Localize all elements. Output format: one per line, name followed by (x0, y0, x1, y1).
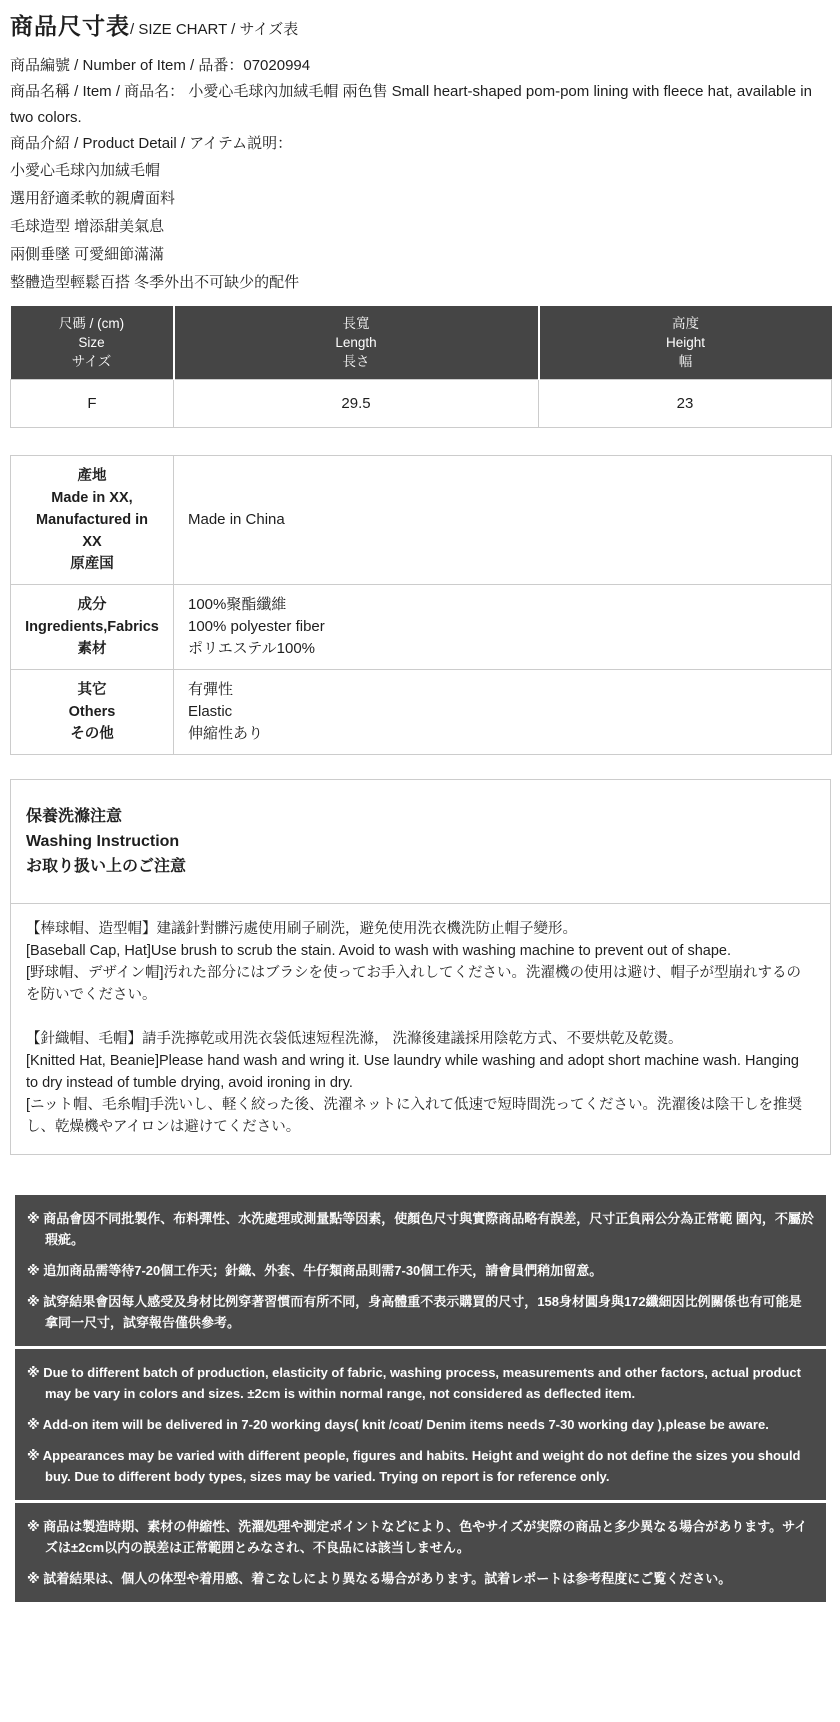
text-line: 100%聚酯纖維 (188, 594, 817, 616)
origin-label: 產地Made in XX,Manufactured inXX原産国 (11, 456, 174, 585)
item-number-line: 商品編號 / Number of Item / 品番：07020994 (10, 53, 831, 79)
others-label: 其它Othersその他 (11, 670, 174, 755)
product-detail-heading: 商品介紹 / Product Detail / アイテム説明： (10, 131, 831, 157)
text-line: 幅 (542, 352, 830, 371)
disclaimer-section: ※ 商品會因不同批製作、布料彈性、水洗處理或測量點等因素，使顏色尺寸與實際商品略… (10, 1195, 831, 1602)
text-line: [Baseball Cap, Hat]Use brush to scrub th… (26, 940, 815, 962)
item-name-line: 商品名稱 / Item / 商品名： 小愛心毛球內加絨毛帽 兩色售 Small … (10, 79, 831, 131)
page-title-suffix: / SIZE CHART / サイズ表 (130, 21, 298, 38)
text-line: その他 (15, 723, 169, 745)
text-line: 有彈性 (188, 679, 817, 701)
disclaimer-box-japanese: ※ 商品は製造時期、素材の伸縮性、洗濯処理や測定ポイントなどにより、色やサイズが… (15, 1503, 826, 1602)
text-line: 【針織帽、毛帽】請手洗擰乾或用洗衣袋低速短程洗滌， 洗滌後建議採用陰乾方式、不要… (26, 1028, 815, 1050)
text-line: Elastic (188, 701, 817, 723)
table-row: 尺碼 / (cm)Sizeサイズ 長寬Length長さ 高度Height幅 (11, 306, 832, 380)
text-line: 兩側垂墜 可愛細節滿滿 (10, 241, 831, 269)
material-row: 成分Ingredients,Fabrics素材 100%聚酯纖維100% pol… (11, 585, 832, 670)
text-line: 整體造型輕鬆百搭 冬季外出不可缺少的配件 (10, 269, 831, 297)
text-line: XX (15, 531, 169, 553)
text-line: [野球帽、デザイン帽]汚れた部分にはブラシを使ってお手入れしてください。洗濯機の… (26, 962, 815, 1006)
text-line: Others (15, 701, 169, 723)
text-line: お取り扱い上のご注意 (26, 854, 815, 879)
page-title-main: 商品尺寸表 (10, 13, 130, 39)
size-chart-table: 尺碼 / (cm)Sizeサイズ 長寬Length長さ 高度Height幅 F … (10, 306, 832, 428)
text-line: ※ 試着結果は、個人の体型や着用感、着こなしにより異なる場合があります。試着レポ… (27, 1568, 814, 1589)
text-line: 選用舒適柔軟的親膚面料 (10, 185, 831, 213)
washing-instruction-title: 保養洗滌注意Washing Instructionお取り扱い上のご注意 (11, 780, 830, 904)
text-line: 長さ (177, 352, 536, 371)
disclaimer-box-english: ※ Due to different batch of production, … (15, 1349, 826, 1500)
height-value: 23 (539, 380, 832, 428)
text-line: 素材 (15, 638, 169, 660)
washing-paragraph-cap-hat: 【棒球帽、造型帽】建議針對髒污處使用刷子刷洗，避免使用洗衣機洗防止帽子變形。[B… (26, 918, 815, 1006)
washing-paragraph-knit-hat: 【針織帽、毛帽】請手洗擰乾或用洗衣袋低速短程洗滌， 洗滌後建議採用陰乾方式、不要… (26, 1028, 815, 1138)
text-line: 伸縮性あり (188, 723, 817, 745)
text-line: ポリエステル100% (188, 638, 817, 660)
product-spec-page: 商品尺寸表/ SIZE CHART / サイズ表 商品編號 / Number o… (0, 0, 840, 1602)
length-value: 29.5 (174, 380, 539, 428)
text-line: 尺碼 / (cm) (13, 314, 171, 333)
text-line: Length (177, 333, 536, 352)
text-line: 成分 (15, 594, 169, 616)
material-label: 成分Ingredients,Fabrics素材 (11, 585, 174, 670)
text-line: 高度 (542, 314, 830, 333)
length-column-header: 長寬Length長さ (174, 306, 539, 380)
text-line: 保養洗滌注意 (26, 804, 815, 829)
text-line: ※ Due to different batch of production, … (27, 1362, 814, 1404)
text-line: 100% polyester fiber (188, 616, 817, 638)
origin-value: Made in China (174, 456, 832, 585)
text-line: [Knitted Hat, Beanie]Please hand wash an… (26, 1050, 815, 1094)
text-line: Manufactured in (15, 509, 169, 531)
text-line: 原産国 (15, 553, 169, 575)
text-line: Size (13, 333, 171, 352)
text-line: ※ 商品會因不同批製作、布料彈性、水洗處理或測量點等因素，使顏色尺寸與實際商品略… (27, 1208, 814, 1250)
text-line: 【棒球帽、造型帽】建議針對髒污處使用刷子刷洗，避免使用洗衣機洗防止帽子變形。 (26, 918, 815, 940)
text-line: ※ 追加商品需等待7-20個工作天；針織、外套、牛仔類商品則需7-30個工作天，… (27, 1260, 814, 1281)
text-line: ※ 商品は製造時期、素材の伸縮性、洗濯処理や測定ポイントなどにより、色やサイズが… (27, 1516, 814, 1558)
others-value: 有彈性Elastic伸縮性あり (174, 670, 832, 755)
washing-instruction-content: 【棒球帽、造型帽】建議針對髒污處使用刷子刷洗，避免使用洗衣機洗防止帽子變形。[B… (11, 904, 830, 1154)
text-line: Made in China (188, 509, 817, 531)
disclaimer-box-chinese: ※ 商品會因不同批製作、布料彈性、水洗處理或測量點等因素，使顏色尺寸與實際商品略… (15, 1195, 826, 1346)
text-line: ※ Add-on item will be delivered in 7-20 … (27, 1414, 814, 1435)
text-line: [ニット帽、毛糸帽]手洗いし、軽く絞った後、洗濯ネットに入れて低速で短時間洗って… (26, 1094, 815, 1138)
text-line: 長寬 (177, 314, 536, 333)
text-line: 其它 (15, 679, 169, 701)
origin-row: 產地Made in XX,Manufactured inXX原産国 Made i… (11, 456, 832, 585)
text-line: ※ Appearances may be varied with differe… (27, 1445, 814, 1487)
text-line: Made in XX, (15, 487, 169, 509)
product-info-table: 產地Made in XX,Manufactured inXX原産国 Made i… (10, 455, 832, 755)
size-chart-header: 尺碼 / (cm)Sizeサイズ 長寬Length長さ 高度Height幅 (11, 306, 832, 380)
washing-instruction-card: 保養洗滌注意Washing Instructionお取り扱い上のご注意 【棒球帽… (10, 779, 831, 1155)
height-column-header: 高度Height幅 (539, 306, 832, 380)
others-row: 其它Othersその他 有彈性Elastic伸縮性あり (11, 670, 832, 755)
size-value: F (11, 380, 174, 428)
product-detail-lines: 小愛心毛球內加絨毛帽選用舒適柔軟的親膚面料毛球造型 增添甜美氣息兩側垂墜 可愛細… (10, 157, 831, 297)
size-column-header: 尺碼 / (cm)Sizeサイズ (11, 306, 174, 380)
text-line: 產地 (15, 465, 169, 487)
text-line: Height (542, 333, 830, 352)
material-value: 100%聚酯纖維100% polyester fiberポリエステル100% (174, 585, 832, 670)
text-line: 小愛心毛球內加絨毛帽 (10, 157, 831, 185)
page-title: 商品尺寸表/ SIZE CHART / サイズ表 (10, 11, 831, 45)
table-row: F 29.5 23 (11, 380, 832, 428)
text-line: 毛球造型 增添甜美氣息 (10, 213, 831, 241)
text-line: Washing Instruction (26, 829, 815, 854)
text-line: Ingredients,Fabrics (15, 616, 169, 638)
text-line: ※ 試穿結果會因每人感受及身材比例穿著習慣而有所不同，身高體重不表示購買的尺寸，… (27, 1291, 814, 1333)
text-line: サイズ (13, 352, 171, 371)
